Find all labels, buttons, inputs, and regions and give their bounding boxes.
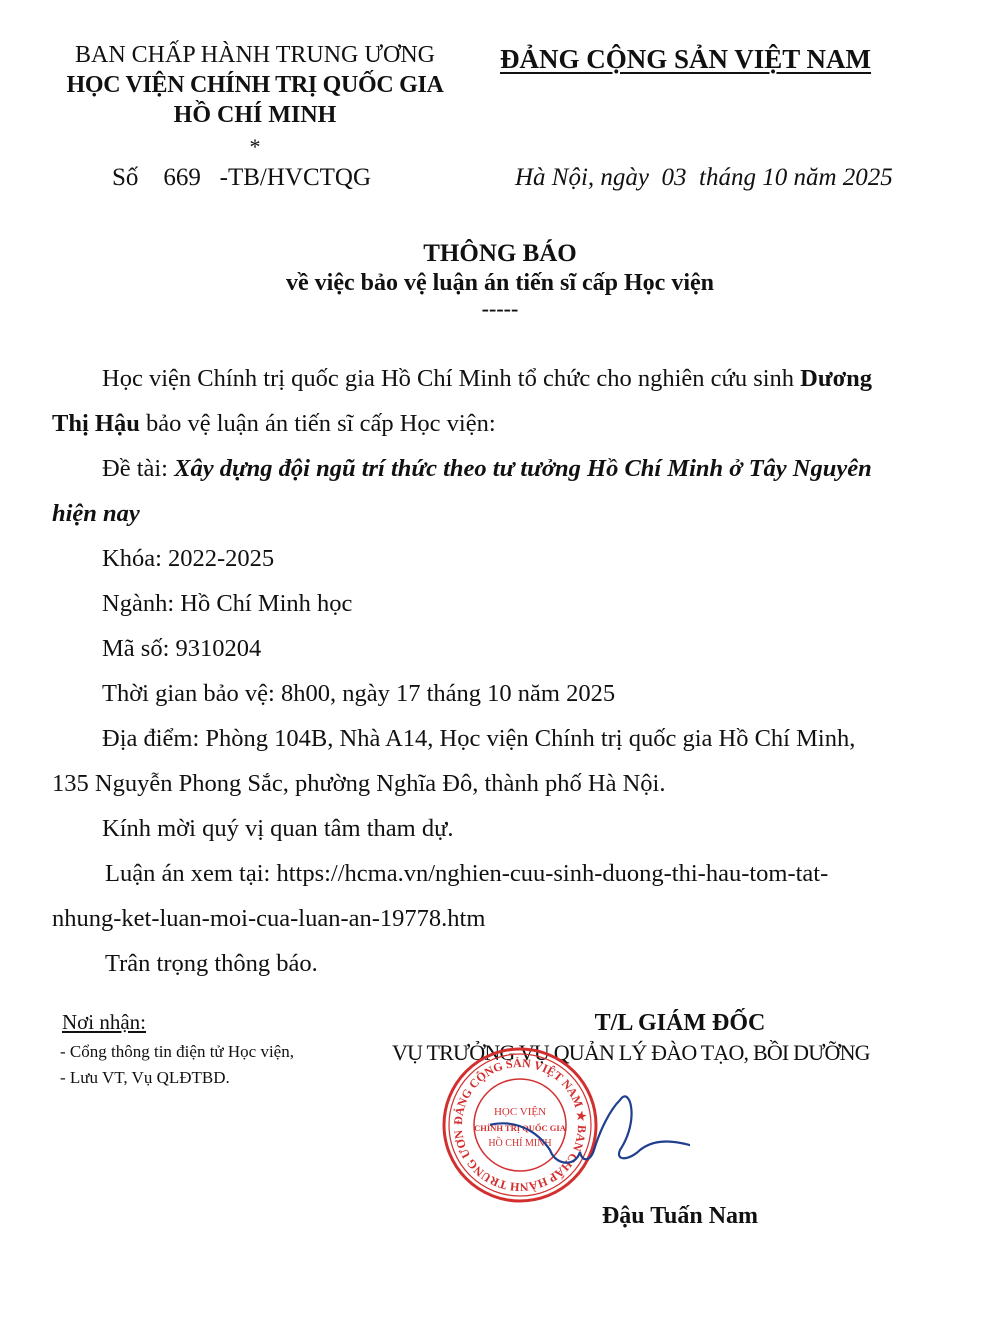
org-line-2: HỌC VIỆN CHÍNH TRỊ QUỐC GIA [50, 72, 460, 99]
party-heading: ĐẢNG CỘNG SẢN VIỆT NAM [500, 44, 871, 75]
intro-line-2: Thị Hậu bảo vệ luận án tiến sĩ cấp Học v… [52, 410, 496, 438]
link-line-1: Luận án xem tại: https://hcma.vn/nghien-… [105, 860, 828, 888]
major: Ngành: Hồ Chí Minh học [102, 590, 352, 618]
major-code: Mã số: 9310204 [102, 635, 261, 663]
recipient-item: - Lưu VT, Vụ QLĐTBD. [60, 1068, 230, 1088]
invitation: Kính mời quý vị quan tâm tham dự. [102, 815, 454, 843]
defense-time: Thời gian bảo vệ: 8h00, ngày 17 tháng 10… [102, 680, 615, 708]
handwritten-signature-icon [490, 1090, 690, 1180]
candidate-rest: Thị Hậu [52, 410, 140, 437]
topic-line-1: Đề tài: Xây dựng đội ngũ trí thức theo t… [102, 455, 872, 483]
thesis-link[interactable]: https://hcma.vn/nghien-cuu-sinh-duong-th… [276, 860, 828, 887]
recipients-heading: Nơi nhận: [62, 1010, 146, 1035]
document-title: THÔNG BÁO [0, 240, 1000, 268]
document-number: Số 669 -TB/HVCTQG [112, 164, 371, 192]
org-line-3: HỒ CHÍ MINH [50, 102, 460, 129]
thesis-link-cont[interactable]: nhung-ket-luan-moi-cua-luan-an-19778.htm [52, 905, 485, 933]
topic-title: Xây dựng đội ngũ trí thức theo tư tưởng … [174, 455, 872, 482]
place-date: Hà Nội, ngày 03 tháng 10 năm 2025 [515, 164, 893, 192]
intro-line-1: Học viện Chính trị quốc gia Hồ Chí Minh … [102, 365, 872, 393]
candidate-first: Dương [800, 365, 872, 392]
intro-text: Học viện Chính trị quốc gia Hồ Chí Minh … [102, 365, 800, 392]
title-divider: ----- [0, 296, 1000, 322]
recipient-item: - Cổng thông tin điện tử Học viện, [60, 1042, 294, 1062]
signature-on-behalf: T/L GIÁM ĐỐC [480, 1010, 880, 1037]
signer-name: Đậu Tuấn Nam [480, 1203, 880, 1230]
intro-text-2: bảo vệ luận án tiến sĩ cấp Học viện: [140, 410, 496, 437]
venue-line-1: Địa điểm: Phòng 104B, Nhà A14, Học viện … [102, 725, 855, 753]
org-line-1: BAN CHẤP HÀNH TRUNG ƯƠNG [50, 42, 460, 69]
link-label: Luận án xem tại: [105, 860, 276, 887]
star-divider: * [50, 134, 460, 160]
course: Khóa: 2022-2025 [102, 545, 274, 573]
topic-label: Đề tài: [102, 455, 174, 482]
closing: Trân trọng thông báo. [105, 950, 318, 978]
document-subtitle: về việc bảo vệ luận án tiến sĩ cấp Học v… [0, 270, 1000, 297]
venue-line-2: 135 Nguyễn Phong Sắc, phường Nghĩa Đô, t… [52, 770, 666, 798]
topic-line-2: hiện nay [52, 500, 140, 528]
